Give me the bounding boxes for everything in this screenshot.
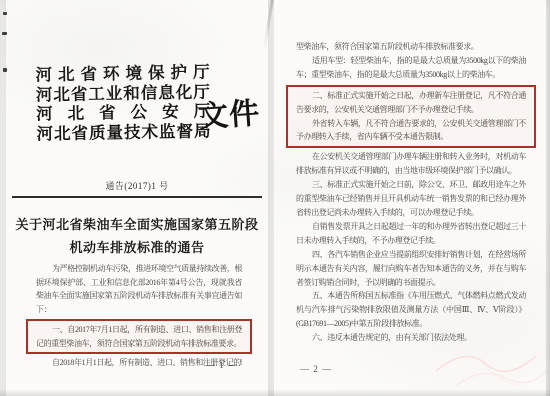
document-title-line-2: 机动车排放标准的通告 — [69, 240, 204, 255]
document-number: 通告(2017)1 号 — [6, 179, 268, 192]
scan-speck — [3, 68, 7, 72]
boxed-paragraph-item-1: 一、自2017年7月1日起，所有制造、进口、销售和注册登记的重型柴油车，须符合国… — [36, 323, 242, 350]
paragraph-confirmation: 在公安机关交通管理部门办理车辆注册和转入业务时，对机动车排放标准有异议或不明确的… — [296, 150, 526, 178]
boxed-paragraph-transfer: 外省转入车辆，凡不符合通告要求的，公安机关交通管理部门不予办理转入手续，省内车辆… — [296, 117, 526, 145]
scan-edge-shadow-right — [545, 0, 550, 396]
scan-speck — [3, 12, 7, 15]
paragraph-vehicle-types: 适用车型：轻型柴油车，指的是最大总质量为3500kg以下的柴油车；重型柴油车，指… — [296, 54, 526, 82]
document-scan: 河北省环境保护厅 河北省工业和信息化厅 河北省公安厅 河北省质量技术监督局 文件… — [0, 0, 550, 396]
page-number-2: — 2 — — [300, 364, 332, 374]
paragraph-continuation: 型柴油车，须符合国家第五阶段机动车排放标准要求。 — [296, 40, 526, 54]
document-title: 关于河北省柴油车全面实施国家第五阶段 机动车排放标准的通告 — [6, 213, 268, 259]
letterhead-line-3: 河北省公安厅 — [36, 101, 210, 124]
page-1-body: 为严格控制机动车污染，推进环境空气质量持续改善，根据环境保护部、工业和信息化部2… — [36, 262, 242, 370]
header-rule — [12, 196, 262, 198]
paragraph-intro: 为严格控制机动车污染，推进环境空气质量持续改善，根据环境保护部、工业和信息化部2… — [36, 262, 242, 316]
scan-speck — [2, 32, 7, 35]
paragraph-item-5: 五、本通告所称国五标准指《车用压燃式、气体燃料点燃式发动机与汽车排气污染物排放限… — [296, 289, 526, 331]
paragraph-item-3: 三、标准正式实施开始之日前，除公交、环卫、邮政用途车之外的重型柴油车已经销售并且… — [296, 178, 526, 220]
letterhead-line-1: 河北省环境保护厅 — [35, 62, 209, 85]
paragraph-invoice-limit: 自销售发票开具之日起超过一年的和办理外省转出登记超过三十日未办理转入手续的，不予… — [296, 220, 526, 248]
pink-watermark-smudge — [426, 326, 546, 396]
scan-edge-shadow-bottom — [0, 389, 550, 396]
boxed-paragraph-item-2: 二、标准正式实施开始之日起，办理新车注册登记，凡不符合通告要求的，公安机关交通管… — [296, 89, 526, 117]
paragraph-item-4: 四、各汽车销售企业应当提前组织安排好销售计划，在经营场所明示本通告有关内容，履行… — [296, 248, 526, 290]
page-2: 型柴油车，须符合国家第五阶段机动车排放标准要求。 适用车型：轻型柴油车，指的是最… — [274, 0, 546, 396]
highlight-box-2: 二、标准正式实施开始之日起，办理新车注册登记，凡不符合通告要求的，公安机关交通管… — [286, 85, 536, 149]
highlight-box-1: 一、自2017年7月1日起，所有制造、进口、销售和注册登记的重型柴油车，须符合国… — [26, 319, 252, 354]
document-title-line-1: 关于河北省柴油车全面实施国家第五阶段 — [15, 217, 258, 232]
page-number-1: — 1 — — [206, 360, 238, 370]
page-2-body: 型柴油车，须符合国家第五阶段机动车排放标准要求。 适用车型：轻型柴油车，指的是最… — [296, 40, 526, 345]
letterhead: 河北省环境保护厅 河北省工业和信息化厅 河北省公安厅 河北省质量技术监督局 — [35, 62, 210, 143]
letterhead-suffix-wenjian: 文件 — [197, 88, 262, 136]
page-1: 河北省环境保护厅 河北省工业和信息化厅 河北省公安厅 河北省质量技术监督局 文件… — [6, 0, 268, 396]
letterhead-line-4: 河北省质量技术监督局 — [36, 121, 210, 144]
